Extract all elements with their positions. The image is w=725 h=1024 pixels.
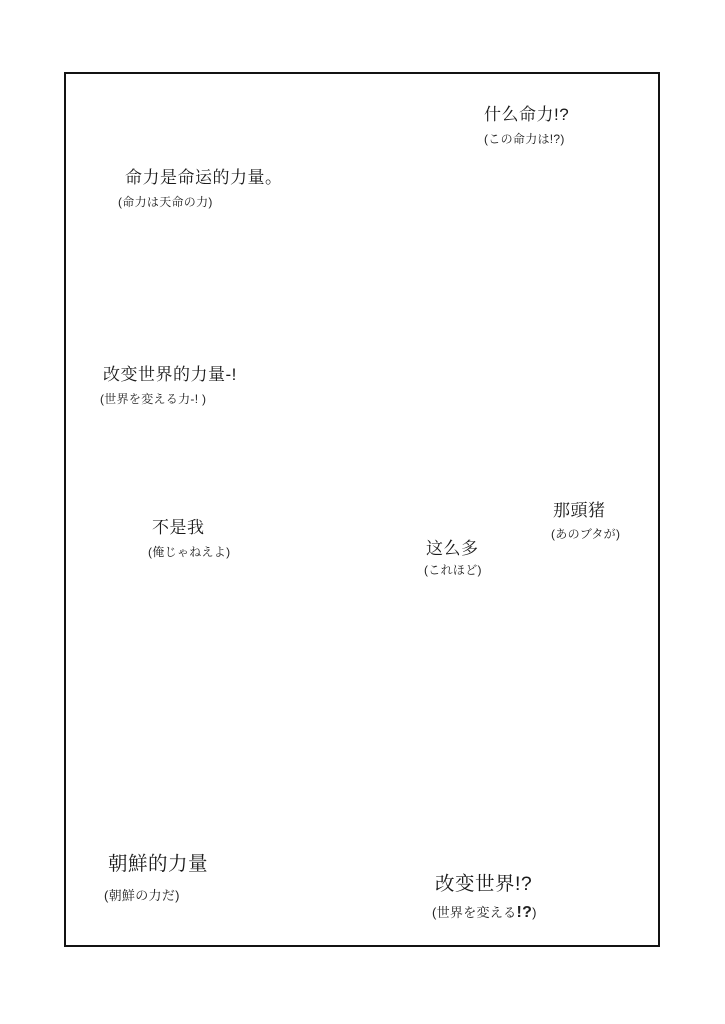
caption-sub-suffix: ) [532, 905, 537, 920]
caption-power-to-change-world: 改变世界的力量-! (世界を変える力-! ) [100, 363, 237, 407]
caption-that-pig: 那頭猪 (あのブタが) [551, 499, 620, 542]
caption-translation-text: (俺じゃねえよ) [148, 545, 230, 560]
caption-not-me: 不是我 (俺じゃねえよ) [148, 516, 230, 560]
caption-main-text: 不是我 [148, 516, 205, 540]
caption-translation-text: (世界を変える力-! ) [100, 392, 206, 407]
caption-power-of-korea: 朝鮮的力量 (朝鮮の力だ) [104, 851, 208, 904]
caption-what-mingli: 什么命力!? (この命力は!?) [484, 103, 569, 147]
caption-translation-text: (この命力は!?) [484, 132, 565, 147]
caption-main-text: 朝鮮的力量 [104, 851, 208, 878]
caption-translation-text: (あのブタが) [551, 527, 620, 542]
caption-main-text: 命力是命运的力量。 [118, 166, 283, 190]
caption-this-much: 这么多 (これほど) [424, 537, 482, 578]
caption-translation-text: (朝鮮の力だ) [104, 887, 180, 904]
caption-mingli-is-fate-power: 命力是命运的力量。 (命力は天命の力) [118, 166, 283, 210]
caption-sub-emphasis: !? [516, 904, 532, 921]
caption-main-text: 改变世界的力量-! [100, 363, 237, 387]
caption-translation-text: (命力は天命の力) [118, 195, 213, 210]
caption-main-text: 这么多 [424, 537, 479, 561]
caption-translation-text: (世界を変える!?) [432, 904, 537, 921]
caption-change-the-world: 改变世界!? (世界を変える!?) [432, 871, 537, 921]
caption-main-text: 改变世界!? [432, 871, 532, 898]
caption-translation-text: (これほど) [424, 563, 482, 578]
caption-sub-prefix: (世界を変える [432, 905, 516, 920]
caption-main-text: 那頭猪 [551, 499, 606, 523]
manga-script-page: { "page": { "background_color": "#ffffff… [0, 0, 725, 1024]
caption-main-text: 什么命力!? [484, 103, 569, 127]
